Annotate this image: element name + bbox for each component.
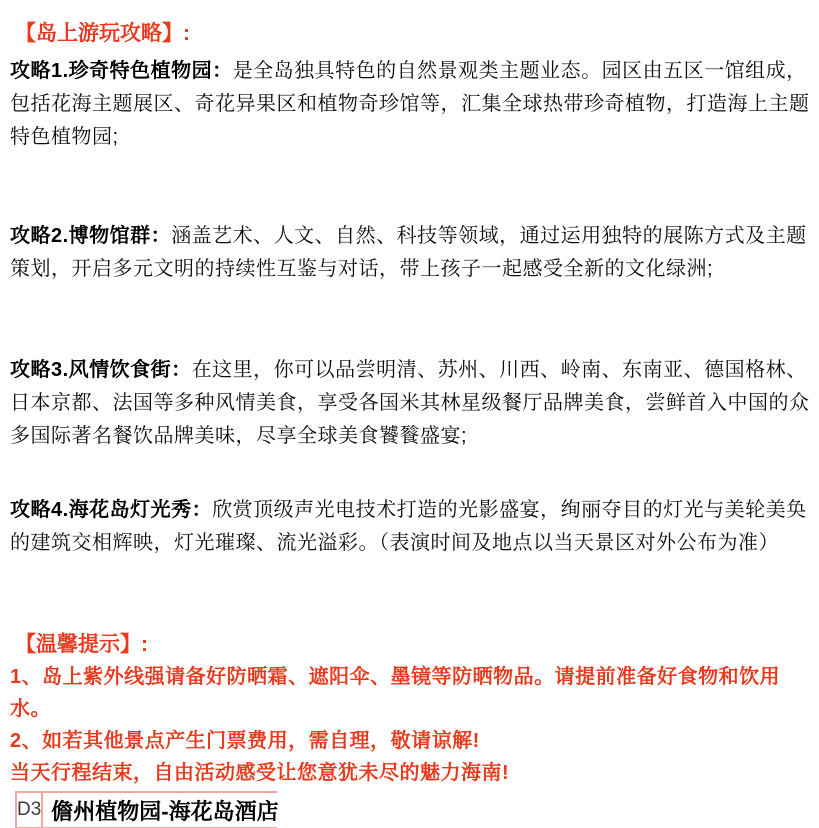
strategy-2-text: 涵盖艺术、人文、自然、科技等领域，通过运用独特的展陈方式及主题 bbox=[171, 225, 807, 247]
tips-line-2: 水。 bbox=[10, 693, 811, 725]
strategy-2-line-2: 策划，开启多元文明的持续性互鉴与对话，带上孩子一起感受全新的文化绿洲; bbox=[10, 253, 811, 286]
strategy-1-heading: 攻略1.珍奇特色植物园： bbox=[10, 60, 233, 82]
strategy-1-text: 是全岛独具特色的自然景观类主题业态。园区由五区一馆组成， bbox=[233, 60, 807, 82]
strategy-3-line-1: 攻略3.风情饮食街：在这里，你可以品尝明清、苏州、川西、岭南、东南亚、德国格林、 bbox=[10, 354, 811, 387]
day-route: 儋州植物园-海花岛酒店 bbox=[43, 793, 278, 827]
strategy-3-heading: 攻略3.风情饮食街： bbox=[10, 359, 192, 381]
tips-line-3: 2、如若其他景点产生门票费用，需自理，敬请谅解! bbox=[10, 725, 811, 757]
tips-line-1: 1、岛上紫外线强请备好防晒霜、遮阳伞、墨镜等防晒物品。请提前准备好食物和饮用 bbox=[10, 661, 811, 693]
strategy-3-line-2: 日本京都、法国等多种风情美食，享受各国米其林星级餐厅品牌美食，尝鲜首入中国的众 bbox=[10, 387, 811, 420]
strategy-1-paragraph: 攻略1.珍奇特色植物园：是全岛独具特色的自然景观类主题业态。园区由五区一馆组成，… bbox=[10, 55, 811, 154]
strategy-2-line-1: 攻略2.博物馆群：涵盖艺术、人文、自然、科技等领域，通过运用独特的展陈方式及主题 bbox=[10, 220, 811, 253]
strategy-3-paragraph: 攻略3.风情饮食街：在这里，你可以品尝明清、苏州、川西、岭南、东南亚、德国格林、… bbox=[10, 354, 811, 453]
strategy-4-line-1: 攻略4.海花岛灯光秀：欣赏顶级声光电技术打造的光影盛宴，绚丽夺目的灯光与美轮美奂 bbox=[10, 494, 811, 527]
tips-title: 【温馨提示】: bbox=[15, 629, 811, 661]
strategy-1-line-1: 攻略1.珍奇特色植物园：是全岛独具特色的自然景观类主题业态。园区由五区一馆组成， bbox=[10, 55, 811, 88]
strategy-3-line-3: 多国际著名餐饮品牌美味，尽享全球美食饕餮盛宴; bbox=[10, 420, 811, 453]
strategy-2-paragraph: 攻略2.博物馆群：涵盖艺术、人文、自然、科技等领域，通过运用独特的展陈方式及主题… bbox=[10, 220, 811, 286]
strategy-1-line-3: 特色植物园; bbox=[10, 121, 811, 154]
strategy-4-line-2: 的建筑交相辉映，灯光璀璨、流光溢彩。（表演时间及地点以当天景区对外公布为准） bbox=[10, 527, 811, 560]
tips-block: 【温馨提示】: 1、岛上紫外线强请备好防晒霜、遮阳伞、墨镜等防晒物品。请提前准备… bbox=[10, 629, 811, 789]
tips-line-4: 当天行程结束，自由活动感受让您意犹未尽的魅力海南! bbox=[10, 757, 811, 789]
strategy-4-paragraph: 攻略4.海花岛灯光秀：欣赏顶级声光电技术打造的光影盛宴，绚丽夺目的灯光与美轮美奂… bbox=[10, 494, 811, 560]
strategy-3-text: 在这里，你可以品尝明清、苏州、川西、岭南、东南亚、德国格林、 bbox=[192, 359, 807, 381]
strategy-4-heading: 攻略4.海花岛灯光秀： bbox=[10, 499, 212, 521]
strategy-4-text: 欣赏顶级声光电技术打造的光影盛宴，绚丽夺目的灯光与美轮美奂 bbox=[212, 499, 807, 521]
strategy-2-heading: 攻略2.博物馆群： bbox=[10, 225, 171, 247]
day-itinerary-row: D3 儋州植物园-海花岛酒店 bbox=[15, 791, 277, 828]
strategy-1-line-2: 包括花海主题展区、奇花异果区和植物奇珍馆等，汇集全球热带珍奇植物，打造海上主题 bbox=[10, 88, 811, 121]
itinerary-document: 【岛上游玩攻略】: 攻略1.珍奇特色植物园：是全岛独具特色的自然景观类主题业态。… bbox=[0, 0, 819, 828]
guide-section-title: 【岛上游玩攻略】: bbox=[15, 20, 811, 48]
day-label: D3 bbox=[17, 793, 43, 827]
